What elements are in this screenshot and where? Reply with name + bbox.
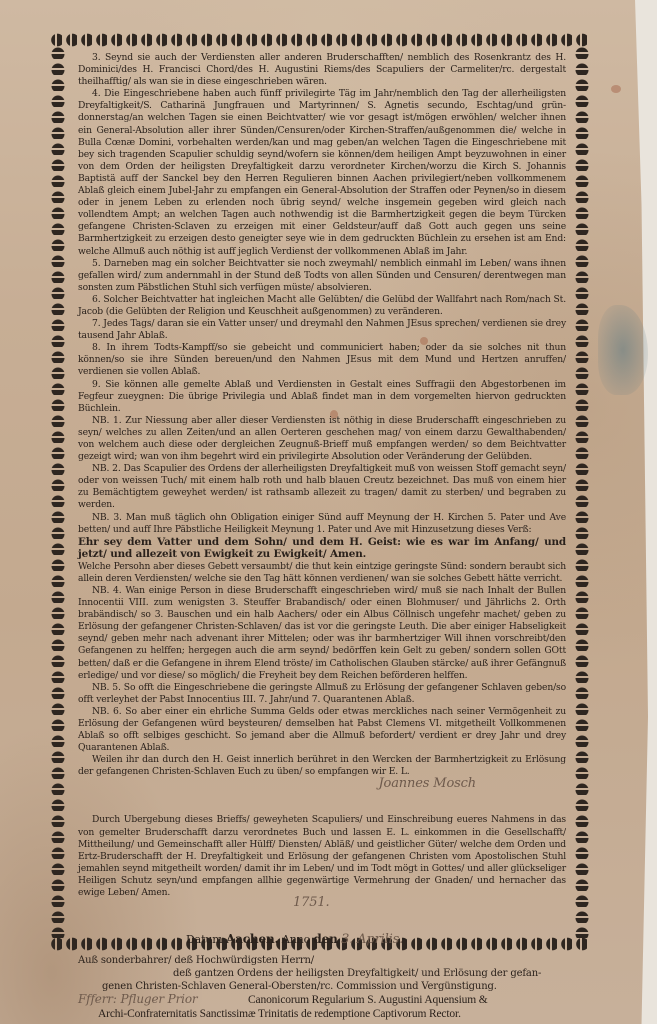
nota-bene-4: NB. 4. Wan einige Person in diese Bruder… [78,585,566,682]
datum-label: Datum [186,933,223,946]
authority-line-2: deß gantzen Ordens der heiligsten Dreyfa… [78,967,566,980]
ornamental-border-left [50,46,66,938]
authority-line-1: Auß sonderbahrer/ deß Hochwürdigsten Her… [78,954,566,967]
handwritten-year: 1751. [293,897,329,909]
ornamental-frame: 3. Seynd sie auch der Verdiensten aller … [50,32,590,952]
handwritten-date: 3. Aprilis. [341,932,403,947]
closing-paragraph: Durch Ubergebung dieses Brieffs/ geweyhe… [78,814,566,899]
nota-bene-6: NB. 6. So aber einer ein ehrliche Summa … [78,706,566,754]
den-label: den [313,932,337,946]
reception-paragraph: Weilen ihr dan durch den H. Geist innerl… [78,754,566,778]
handwritten-signature: Joannes Mosch [378,776,476,791]
paragraph-7: 7. Jedes Tags/ daran sie ein Vatter unse… [78,318,566,342]
year-line: 1751. [78,899,566,909]
ornamental-border-top [50,32,590,48]
paragraph-3: 3. Seynd sie auch der Verdiensten aller … [78,52,566,88]
nota-bene-3: NB. 3. Man muß täglich ohn Obligation ei… [78,512,566,536]
paragraph-5: 5. Darneben mag ein solcher Beichtvatter… [78,258,566,294]
ornamental-border-right [574,46,590,938]
paragraph-8: 8. In ihrem Todts-Kampff/so sie gebeicht… [78,342,566,378]
paragraph-9: 9. Sie können alle gemelte Ablaß und Ver… [78,379,566,415]
latin-block-1: Ffferr: Pfluger Prior Canonicorum Regula… [78,993,566,1007]
handwritten-prior-name: Ffferr: Pfluger Prior [78,993,198,1005]
anno-label: Anno [282,933,310,946]
nota-bene-2: NB. 2. Das Scapulier des Ordens der alle… [78,463,566,511]
latin-line-2: Archi-Confraternitatis Sanctissimæ Trini… [78,1007,566,1021]
document-body: 3. Seynd sie auch der Verdiensten aller … [78,52,566,1021]
date-line: Datum Aachen. Anno den 3. Aprilis. [78,931,566,948]
place-name: Aachen. [226,932,279,946]
signature-line: Joannes Mosch [78,778,566,796]
rust-spot [611,85,621,93]
doxology: Ehr sey dem Vatter und dem Sohn/ und dem… [78,536,566,561]
spacer [78,796,566,814]
nota-bene-5: NB. 5. So offt die Eingeschriebene die g… [78,682,566,706]
paragraph-6: 6. Solcher Beichtvatter hat ingleichen M… [78,294,566,318]
nota-bene-1: NB. 1. Zur Niessung aber aller dieser Ve… [78,415,566,463]
doxology-note: Welche Persohn aber dieses Gebett versau… [78,561,566,585]
paragraph-4: 4. Die Eingeschriebene haben auch fünff … [78,88,566,257]
